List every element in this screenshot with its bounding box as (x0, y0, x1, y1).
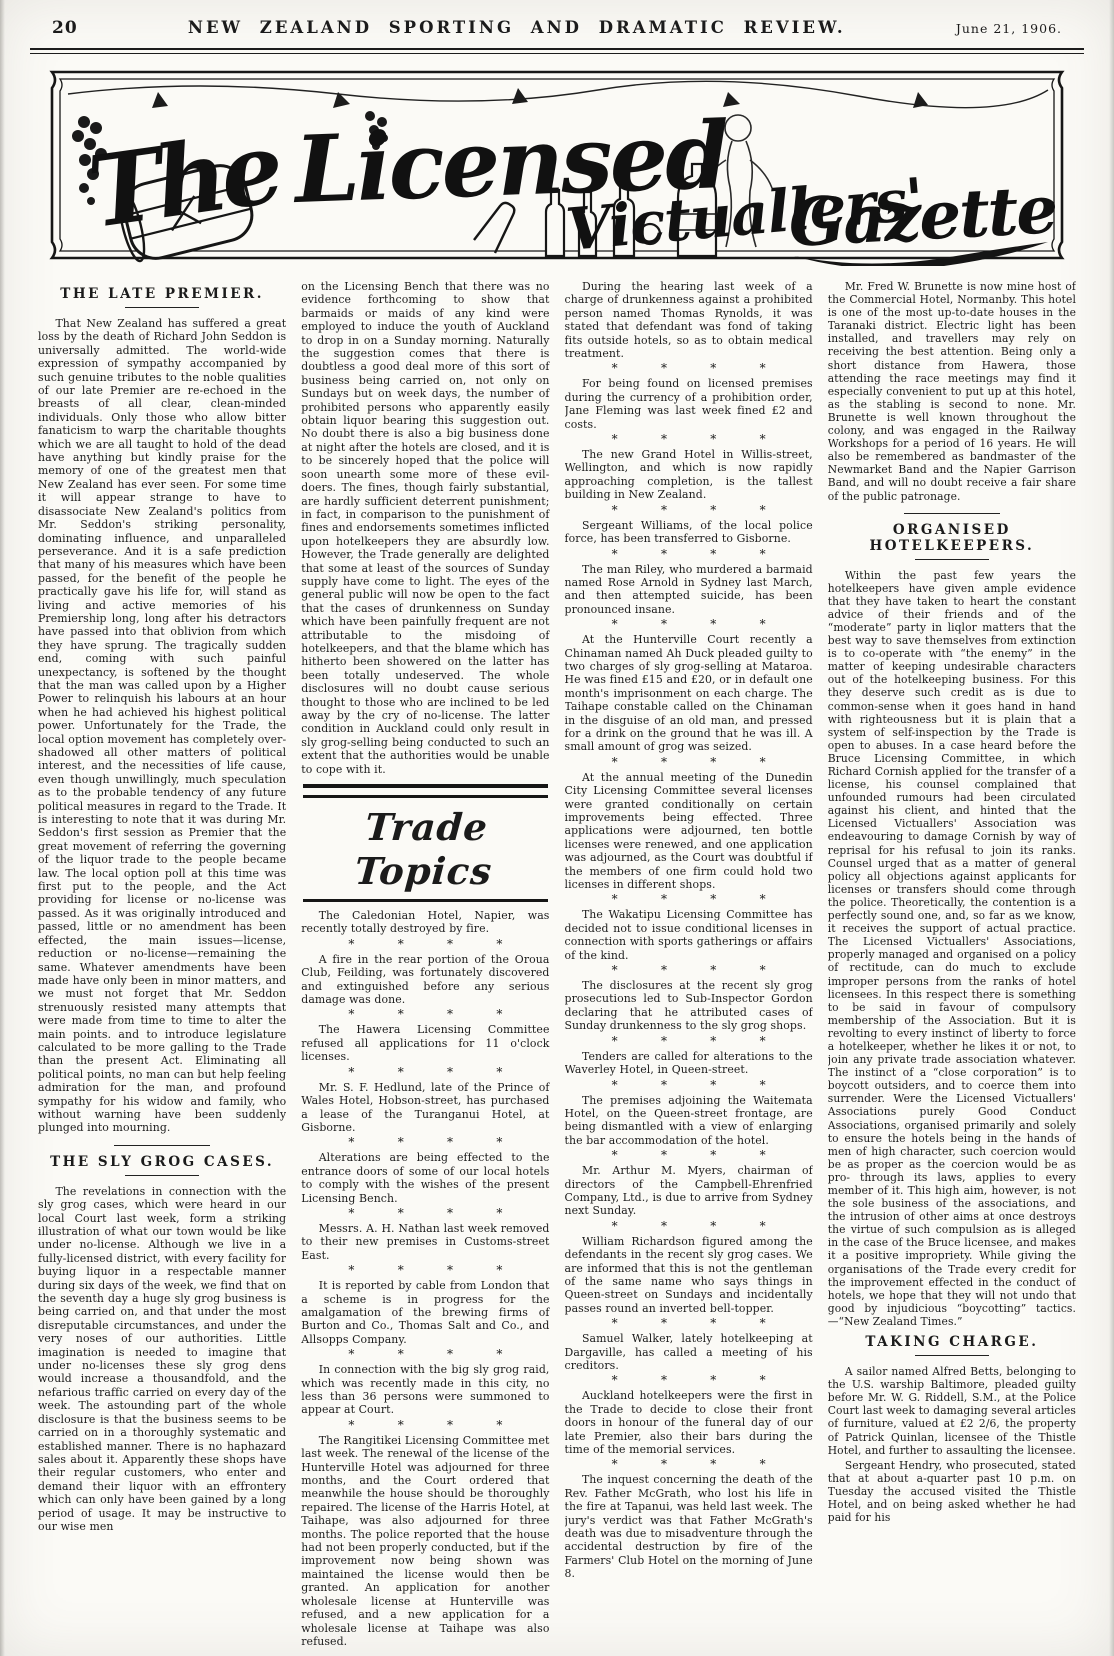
news-item: Auckland hotelkeepers were the first in … (565, 1389, 813, 1456)
news-item-wrap: Alterations are being effected to the en… (301, 1151, 549, 1219)
item-separator: * * * * (348, 1136, 502, 1148)
news-item-wrap: The new Grand Hotel in Willis-street, We… (565, 448, 813, 516)
trade-topics-list: The Caledonian Hotel, Napier, was recent… (301, 909, 549, 1645)
item-separator: * * * * (348, 1008, 502, 1020)
item-separator: * * * * (348, 1419, 502, 1431)
column-grid: THE LATE PREMIER. That New Zealand has s… (0, 272, 1114, 1645)
star-glyph: * (661, 362, 667, 374)
news-item-wrap: Auckland hotelkeepers were the first in … (565, 1389, 813, 1470)
star-glyph: * (398, 938, 404, 950)
star-glyph: * (612, 1220, 618, 1232)
newspaper-page: 20 NEW ZEALAND SPORTING AND DRAMATIC REV… (0, 0, 1114, 1656)
star-glyph: * (612, 548, 618, 560)
news-item: Messrs. A. H. Nathan last week removed t… (301, 1222, 549, 1262)
news-item: Alterations are being effected to the en… (301, 1151, 549, 1205)
news-item-wrap: Tenders are called for alterations to th… (565, 1050, 813, 1091)
news-item: In connection with the big sly grog raid… (301, 1363, 549, 1417)
item-separator: * * * * (612, 756, 766, 768)
star-glyph: * (760, 964, 766, 976)
star-glyph: * (661, 1035, 667, 1047)
article-heading-taking-charge: TAKING CHARGE. (828, 1334, 1076, 1350)
article-taking-charge-p1: A sailor named Alfred Betts, belonging t… (828, 1365, 1076, 1457)
item-separator: * * * * (612, 504, 766, 516)
news-item: Mr. S. F. Hedlund, late of the Prince of… (301, 1081, 549, 1135)
star-glyph: * (348, 1136, 354, 1148)
item-separator: * * * * (612, 362, 766, 374)
news-item: At the annual meeting of the Dunedin Cit… (565, 771, 813, 892)
star-glyph: * (348, 1066, 354, 1078)
news-item-wrap: The Caledonian Hotel, Napier, was recent… (301, 909, 549, 950)
news-item: The man Riley, who murdered a barmaid na… (565, 563, 813, 617)
star-glyph: * (612, 1374, 618, 1386)
news-item: It is reported by cable from London that… (301, 1279, 549, 1346)
publication-title: NEW ZEALAND SPORTING AND DRAMATIC REVIEW… (188, 18, 846, 37)
news-item-wrap: Mr. Arthur M. Myers, chairman of directo… (565, 1164, 813, 1232)
star-glyph: * (612, 1149, 618, 1161)
article-brunette: Mr. Fred W. Brunette is now mine host of… (828, 280, 1076, 503)
star-glyph: * (612, 504, 618, 516)
star-glyph: * (612, 1079, 618, 1091)
star-glyph: * (661, 1149, 667, 1161)
star-glyph: * (661, 964, 667, 976)
star-glyph: * (348, 1348, 354, 1360)
star-glyph: * (398, 1066, 404, 1078)
news-item-wrap: The man Riley, who murdered a barmaid na… (565, 563, 813, 631)
star-glyph: * (612, 756, 618, 768)
star-glyph: * (710, 362, 716, 374)
item-separator: * * * * (612, 1035, 766, 1047)
star-glyph: * (447, 1207, 453, 1219)
star-glyph: * (710, 504, 716, 516)
star-glyph: * (760, 1079, 766, 1091)
news-item-wrap: The premises adjoining the Waitemata Hot… (565, 1094, 813, 1162)
star-glyph: * (398, 1136, 404, 1148)
star-glyph: * (710, 893, 716, 905)
star-glyph: * (447, 938, 453, 950)
column-4: Mr. Fred W. Brunette is now mine host of… (828, 280, 1076, 1645)
masthead-illustration: The Licensed Victuallers' Gazette (38, 64, 1076, 266)
news-item-wrap: Samuel Walker, lately hotelkeeping at Da… (565, 1332, 813, 1386)
item-separator: * * * * (612, 964, 766, 976)
star-glyph: * (398, 1008, 404, 1020)
star-glyph: * (710, 1079, 716, 1091)
news-item-wrap: In connection with the big sly grog raid… (301, 1363, 549, 1431)
star-glyph: * (398, 1348, 404, 1360)
masthead-word-the: The (82, 110, 287, 250)
star-glyph: * (496, 1348, 502, 1360)
news-item-wrap: The inquest concerning the death of the … (565, 1473, 813, 1580)
star-glyph: * (760, 756, 766, 768)
star-glyph: * (612, 618, 618, 630)
news-item-wrap: Sergeant Williams, of the local police f… (565, 519, 813, 560)
star-glyph: * (447, 1419, 453, 1431)
star-glyph: * (447, 1264, 453, 1276)
star-glyph: * (710, 1374, 716, 1386)
trade-topics-header: Trade Topics (301, 784, 549, 902)
star-glyph: * (496, 938, 502, 950)
heading-rule (125, 1175, 199, 1176)
star-glyph: * (398, 1264, 404, 1276)
star-glyph: * (760, 618, 766, 630)
news-item: The Hawera Licensing Committee refused a… (301, 1023, 549, 1063)
star-glyph: * (661, 1317, 667, 1329)
column-2: on the Licensing Bench that there was no… (301, 280, 549, 1645)
item-separator: * * * * (612, 1149, 766, 1161)
item-separator: * * * * (612, 1079, 766, 1091)
heading-rule (915, 1355, 989, 1356)
news-item-wrap: Messrs. A. H. Nathan last week removed t… (301, 1222, 549, 1276)
item-separator: * * * * (612, 618, 766, 630)
star-glyph: * (760, 433, 766, 445)
news-item: The premises adjoining the Waitemata Hot… (565, 1094, 813, 1148)
star-glyph: * (447, 1008, 453, 1020)
news-item-wrap: It is reported by cable from London that… (301, 1279, 549, 1360)
news-item-wrap: The Rangitikei Licensing Committee met l… (301, 1434, 549, 1645)
star-glyph: * (661, 1220, 667, 1232)
item-separator: * * * * (348, 938, 502, 950)
news-item-wrap: For being found on licensed premises dur… (565, 377, 813, 445)
star-glyph: * (612, 893, 618, 905)
news-item: During the hearing last week of a charge… (565, 280, 813, 360)
article-heading-sly-grog: THE SLY GROG CASES. (38, 1154, 286, 1170)
star-glyph: * (710, 1035, 716, 1047)
item-separator: * * * * (612, 548, 766, 560)
news-item: The new Grand Hotel in Willis-street, We… (565, 448, 813, 502)
news-item: Tenders are called for alterations to th… (565, 1050, 813, 1077)
star-glyph: * (710, 756, 716, 768)
star-glyph: * (710, 618, 716, 630)
star-glyph: * (760, 1149, 766, 1161)
article-late-premier: That New Zealand has suffered a great lo… (38, 317, 286, 1135)
page-number: 20 (52, 18, 78, 38)
item-separator: * * * * (348, 1348, 502, 1360)
column-1: THE LATE PREMIER. That New Zealand has s… (38, 280, 286, 1645)
star-glyph: * (661, 618, 667, 630)
scan-edge-left (0, 0, 5, 1656)
news-item-wrap: At the Hunterville Court recently a Chin… (565, 633, 813, 768)
star-glyph: * (496, 1207, 502, 1219)
star-glyph: * (612, 1035, 618, 1047)
news-briefs-list: During the hearing last week of a charge… (565, 280, 813, 1581)
item-separator: * * * * (348, 1066, 502, 1078)
star-glyph: * (760, 1317, 766, 1329)
article-heading-organised-hotelkeepers: ORGANISED HOTELKEEPERS. (828, 522, 1076, 554)
star-glyph: * (661, 893, 667, 905)
news-item-wrap: During the hearing last week of a charge… (565, 280, 813, 374)
star-glyph: * (496, 1419, 502, 1431)
news-item: The inquest concerning the death of the … (565, 1473, 813, 1580)
column-3: During the hearing last week of a charge… (565, 280, 813, 1645)
star-glyph: * (447, 1066, 453, 1078)
star-glyph: * (710, 1149, 716, 1161)
star-glyph: * (661, 1079, 667, 1091)
news-item: The Rangitikei Licensing Committee met l… (301, 1434, 549, 1645)
item-separator: * * * * (348, 1207, 502, 1219)
heading-rule (125, 307, 199, 308)
star-glyph: * (496, 1264, 502, 1276)
heading-rule (915, 559, 989, 560)
news-item-wrap: William Richardson figured among the def… (565, 1235, 813, 1329)
item-separator: * * * * (612, 1220, 766, 1232)
star-glyph: * (661, 433, 667, 445)
trade-topics-title: Trade Topics (301, 805, 549, 893)
star-glyph: * (398, 1207, 404, 1219)
star-glyph: * (348, 1207, 354, 1219)
star-glyph: * (612, 1458, 618, 1470)
star-glyph: * (710, 548, 716, 560)
star-glyph: * (710, 433, 716, 445)
vine-branch (68, 81, 1048, 107)
star-glyph: * (710, 1317, 716, 1329)
article-sly-grog: The revelations in connection with the s… (38, 1185, 286, 1534)
star-glyph: * (348, 1264, 354, 1276)
star-glyph: * (760, 548, 766, 560)
news-item-wrap: The disclosures at the recent sly grog p… (565, 979, 813, 1047)
star-glyph: * (612, 1317, 618, 1329)
news-item-wrap: A fire in the rear portion of the Oroua … (301, 953, 549, 1021)
news-item-wrap: The Hawera Licensing Committee refused a… (301, 1023, 549, 1077)
news-item: The Caledonian Hotel, Napier, was recent… (301, 909, 549, 936)
news-item-wrap: Mr. S. F. Hedlund, late of the Prince of… (301, 1081, 549, 1149)
item-separator: * * * * (612, 1374, 766, 1386)
thick-rule (303, 784, 547, 788)
star-glyph: * (496, 1008, 502, 1020)
star-glyph: * (661, 756, 667, 768)
star-glyph: * (661, 1458, 667, 1470)
star-glyph: * (661, 1374, 667, 1386)
star-glyph: * (612, 362, 618, 374)
item-separator: * * * * (612, 1458, 766, 1470)
article-organised-hotelkeepers: Within the past few years the hotelkeepe… (828, 569, 1076, 1328)
star-glyph: * (760, 362, 766, 374)
gazette-masthead: The Licensed Victuallers' Gazette (38, 64, 1076, 266)
head-rule-thick (30, 48, 1084, 50)
article-heading-late-premier: THE LATE PREMIER. (38, 286, 286, 302)
news-item: The disclosures at the recent sly grog p… (565, 979, 813, 1033)
star-glyph: * (710, 1220, 716, 1232)
news-item: At the Hunterville Court recently a Chin… (565, 633, 813, 754)
article-taking-charge-p2: Sergeant Hendry, who prosecuted, stated … (828, 1459, 1076, 1524)
news-item-wrap: The Wakatipu Licensing Committee has dec… (565, 908, 813, 976)
star-glyph: * (612, 433, 618, 445)
article-end-rule (114, 1145, 210, 1146)
star-glyph: * (496, 1136, 502, 1148)
news-item: Samuel Walker, lately hotelkeeping at Da… (565, 1332, 813, 1372)
scan-edge-right (1109, 0, 1114, 1656)
item-separator: * * * * (348, 1264, 502, 1276)
news-item: Sergeant Williams, of the local police f… (565, 519, 813, 546)
issue-date: June 21, 1906. (956, 21, 1062, 36)
star-glyph: * (760, 1220, 766, 1232)
star-glyph: * (760, 1374, 766, 1386)
star-glyph: * (612, 964, 618, 976)
star-glyph: * (760, 893, 766, 905)
star-glyph: * (710, 1458, 716, 1470)
article-end-rule (904, 513, 1000, 514)
news-item: Mr. Arthur M. Myers, chairman of directo… (565, 1164, 813, 1218)
star-glyph: * (447, 1348, 453, 1360)
news-item: For being found on licensed premises dur… (565, 377, 813, 431)
star-glyph: * (496, 1066, 502, 1078)
star-glyph: * (661, 548, 667, 560)
thick-rule (303, 899, 547, 902)
star-glyph: * (760, 1458, 766, 1470)
star-glyph: * (348, 938, 354, 950)
item-separator: * * * * (612, 893, 766, 905)
head-rule-thin (30, 53, 1084, 54)
running-head: 20 NEW ZEALAND SPORTING AND DRAMATIC REV… (0, 0, 1114, 44)
star-glyph: * (760, 504, 766, 516)
article-sunday-trading-continuation: on the Licensing Bench that there was no… (301, 280, 549, 776)
item-separator: * * * * (612, 433, 766, 445)
news-item: The Wakatipu Licensing Committee has dec… (565, 908, 813, 962)
news-item: William Richardson figured among the def… (565, 1235, 813, 1315)
star-glyph: * (348, 1008, 354, 1020)
thick-rule (303, 795, 547, 798)
news-item: A fire in the rear portion of the Oroua … (301, 953, 549, 1007)
item-separator: * * * * (612, 1317, 766, 1329)
star-glyph: * (447, 1136, 453, 1148)
star-glyph: * (661, 504, 667, 516)
star-glyph: * (710, 964, 716, 976)
star-glyph: * (398, 1419, 404, 1431)
star-glyph: * (348, 1419, 354, 1431)
star-glyph: * (760, 1035, 766, 1047)
news-item-wrap: At the annual meeting of the Dunedin Cit… (565, 771, 813, 906)
